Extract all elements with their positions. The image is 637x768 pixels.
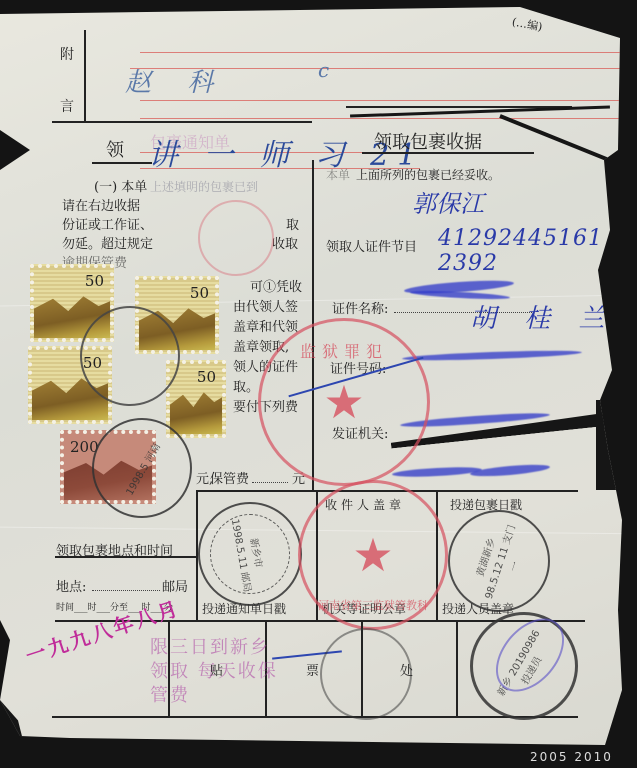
- instruction-line-7: 由代领人签: [233, 296, 298, 315]
- received-statement: 上面所列的包裹已经妥收。: [356, 166, 500, 183]
- paste-cell-2: 票: [306, 660, 319, 679]
- place-label: 地点:: [56, 576, 86, 595]
- instruction-line-1: (一) 本单: [94, 176, 147, 195]
- instruction-line-11: 取。: [233, 376, 259, 395]
- appendix-label-bottom: 言: [60, 96, 74, 116]
- instruction-line-8: 盖章和代领: [233, 316, 298, 335]
- postmark-stamps-upper: [80, 306, 180, 406]
- star-icon: ★: [352, 532, 393, 578]
- left-title-partial: 领: [106, 136, 124, 162]
- id-name-value: 胡 桂 兰: [470, 298, 615, 335]
- appendix-bottom-line: [52, 121, 312, 123]
- paste-cell-1: 贴: [210, 660, 223, 679]
- id-number-label: 领取人证件节目: [326, 236, 417, 255]
- instruction-fragment-1: 取: [286, 214, 299, 233]
- appendix-handwriting-small: c: [318, 58, 329, 82]
- document-paper: (…编) 附 言 赵 科 c 领 包裹通知单 讲 一 师 习 21 (一) 本单…: [0, 0, 637, 768]
- storage-fee-label: 保管费: [210, 468, 249, 487]
- receipt-title: 领取包裹收据: [374, 128, 482, 154]
- instruction-line-6: 可①凭收: [250, 276, 302, 295]
- faded-red-seal: [198, 200, 274, 276]
- red-seal-agency: ★河南省第三监狱管教科: [298, 480, 448, 630]
- instruction-line-3: 份证或工作证、: [62, 214, 153, 233]
- appendix-divider: [84, 30, 86, 122]
- postmark-delivery: 黄湖新乡 98.5.12 11 支门一: [448, 510, 550, 612]
- id-name-label: 证件名称:: [332, 298, 388, 317]
- instruction-fragment-2: 收取: [272, 233, 298, 252]
- scan-watermark: 2005 2010: [530, 750, 613, 764]
- postmark-stamps-lower: 1998.5 河南: [92, 418, 192, 518]
- postmark-notice: 新乡市 1998.5.11 邮局: [198, 502, 302, 606]
- red-official-seal: ★ 监狱罪犯: [258, 318, 430, 486]
- star-icon: ★: [323, 379, 364, 425]
- faded-text: 上述填明的包裹已到: [150, 178, 258, 195]
- signature: 郭保江: [412, 184, 484, 219]
- instruction-line-4: 勿延。超过规定: [62, 233, 153, 252]
- appendix-handwriting: 赵 科: [125, 62, 227, 99]
- top-right-fragment: (…编): [511, 13, 544, 34]
- id-number-value: 41292445161 2392: [438, 226, 637, 276]
- faded-postmark: [320, 628, 412, 720]
- appendix-label-top: 附: [60, 44, 74, 64]
- instruction-line-2: 请在右边收据: [62, 195, 140, 214]
